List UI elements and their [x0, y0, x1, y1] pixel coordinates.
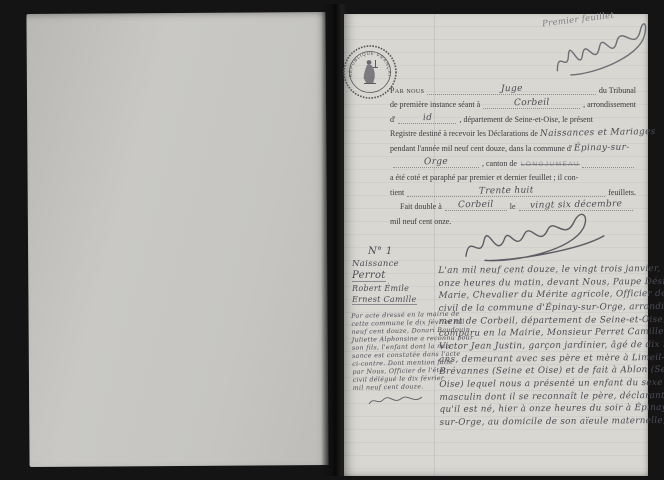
blank-left-page [26, 12, 328, 467]
form-line: Orge , canton de LONGJUMEAU [390, 153, 636, 168]
handwritten-commune-2: Orge [424, 157, 448, 166]
printed-text: , canton de [482, 159, 517, 168]
handwritten-commune-1: Épinay-sur- [574, 143, 636, 153]
printed-text: tient [390, 188, 404, 197]
printed-text: de première instance séant à [390, 100, 480, 109]
act-surname: Perrot [352, 270, 386, 282]
act-body-line: Victor Jean Justin, garçon jardinier, âg… [439, 339, 646, 353]
printed-text: le [510, 202, 516, 211]
act-type: Naissance [352, 259, 432, 269]
marginal-note-line: mil neuf cent douze. [353, 383, 433, 393]
printed-text: mil neuf cent onze. [390, 217, 451, 226]
printed-text: pendant l'année mil neuf cent douze, dan… [390, 144, 572, 153]
printed-text: d' [390, 115, 395, 124]
printed-text: Registre destiné à recevoir les Déclarat… [390, 129, 538, 138]
printed-text: feuillets. [608, 188, 636, 197]
act-number: N° 1 [368, 246, 432, 257]
form-line: Par nous Juge du Tribunal [390, 80, 636, 95]
form-line: Registre destiné à recevoir les Déclarat… [390, 124, 636, 139]
handwritten-feuillets: Trente huit [479, 186, 534, 196]
register-first-leaf: Premier feuillet RÉPUBLIQUE FRANÇAISE Pa… [344, 14, 648, 476]
register-opening-form: Par nous Juge du Tribunal de première in… [390, 80, 636, 226]
marginal-mention-note: Par acte dressé en la mairie de cette co… [351, 311, 433, 393]
canton-name-struck: LONGJUMEAU [521, 161, 580, 168]
handwritten-arrondissement: id [423, 114, 432, 123]
handwritten-lieu: Corbeil [458, 201, 494, 211]
form-line: de première instance séant à Corbeil , a… [390, 95, 636, 110]
act-body-line: Oise) lequel nous a présenté un enfant d… [439, 377, 646, 391]
printed-text: a été coté et paraphé par premier et der… [390, 173, 578, 182]
form-line: d' id , département de Seine-et-Oise, le… [390, 109, 636, 124]
act-body-text: L'an mil neuf cent douze, le vingt trois… [438, 263, 646, 429]
act-body-line: sur-Orge, au domicile de son aïeule mate… [440, 415, 647, 429]
marginal-note-paraph [366, 394, 426, 408]
dotted-leader [582, 159, 634, 168]
printed-text: du Tribunal [599, 86, 636, 95]
act-firstnames: Ernest Camille [352, 295, 417, 305]
printed-text: Fait double à [400, 202, 442, 211]
act-margin-column: N° 1 Naissance Perrot Robert Émile Ernes… [352, 246, 432, 408]
blank-feuillets: Trente huit [407, 184, 605, 197]
act-firstnames: Robert Émile [352, 284, 432, 293]
form-line: tient Trente huit feuillets. [390, 182, 636, 197]
handwritten-role: Juge [501, 84, 523, 93]
printed-text: Par nous [390, 86, 424, 95]
form-line: a été coté et paraphé par premier et der… [390, 168, 636, 183]
blank-arrondissement: id [398, 111, 456, 124]
form-line: pendant l'année mil neuf cent douze, dan… [390, 138, 636, 153]
seated-justice-figure-icon [364, 60, 378, 84]
handwritten-city: Corbeil [514, 99, 550, 109]
printed-text: , département de Seine-et-Oise, le prése… [459, 115, 593, 124]
handwritten-declarations: Naissances et Mariages [540, 128, 656, 139]
blank-role: Juge [427, 82, 596, 95]
blank-lieu: Corbeil [445, 198, 507, 211]
blank-commune: Orge [393, 155, 479, 168]
register-book-photo: Premier feuillet RÉPUBLIQUE FRANÇAISE Pa… [0, 0, 664, 480]
blank-city: Corbeil [483, 96, 580, 109]
printed-text: , arrondissement [583, 100, 636, 109]
